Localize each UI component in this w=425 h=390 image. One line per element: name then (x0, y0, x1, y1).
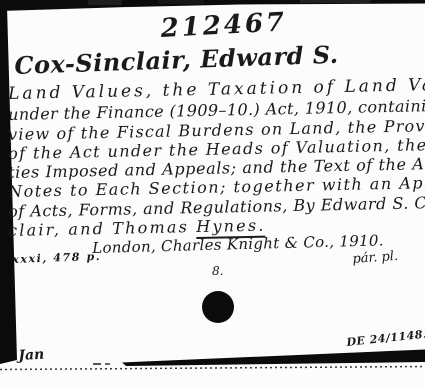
perforation-dotted-line (0, 367, 425, 370)
collation-note: xxxi, 478 p. (12, 251, 101, 265)
punch-hole (202, 291, 234, 323)
copy-note: pár. pl. (352, 250, 399, 266)
card-bottom-shadow (122, 350, 425, 367)
scan-noise-top-2 (158, 0, 204, 4)
accession-number: 212467 (160, 9, 288, 42)
scan-noise-top (88, 0, 122, 5)
scan-noise-bottom-2 (105, 363, 110, 365)
format-note: 8. (212, 265, 223, 277)
bottom-left-annotation: Jan (18, 348, 45, 363)
catalog-card-scan: 212467 Cox-Sinclair, Edward S. Land Valu… (0, 0, 425, 390)
scan-noise-top-3 (300, 0, 370, 3)
scan-noise-bottom (93, 363, 101, 365)
